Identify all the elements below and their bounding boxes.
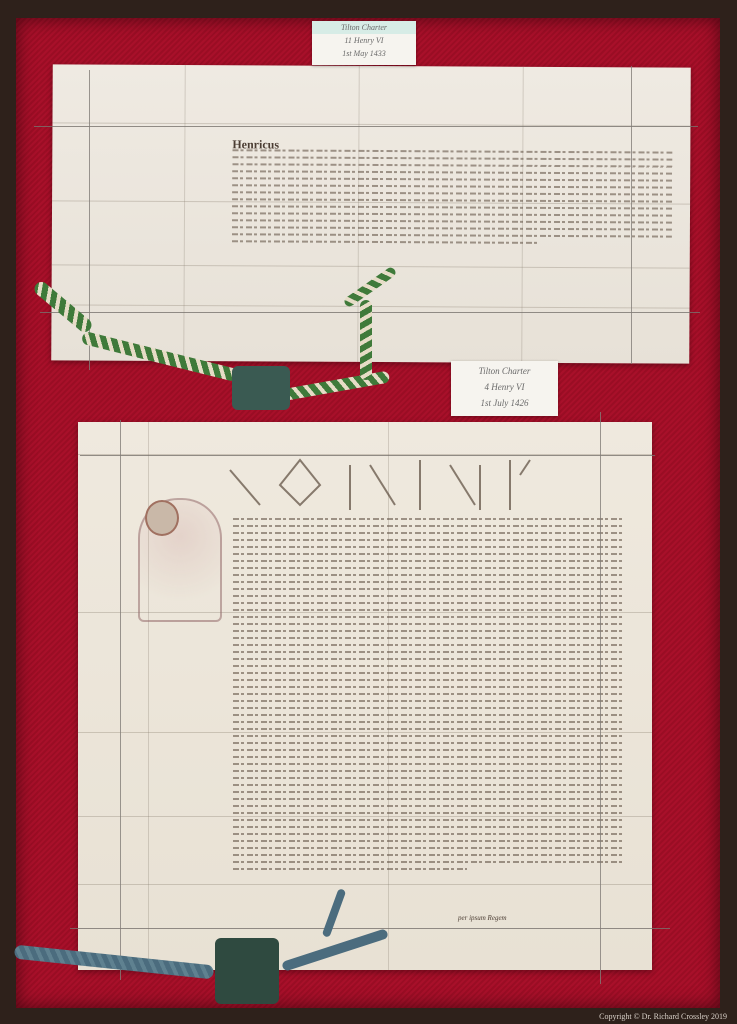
middle-catalogue-label: Tilton Charter 4 Henry VI 1st July 1426 (451, 361, 558, 416)
wooden-frame: Henricus (0, 0, 737, 1024)
fold-line (148, 422, 149, 970)
mounting-wire (120, 420, 121, 980)
wax-seal-fragment (232, 366, 290, 410)
label-date: 1st May 1433 (312, 47, 416, 60)
label-title: Tilton Charter (451, 363, 558, 379)
grotesque-face-decoration (145, 500, 179, 536)
upper-charter-text: Henricus (232, 137, 673, 249)
copyright-notice: Copyright © Dr. Richard Crossley 2019 (599, 1012, 727, 1021)
label-title: Tilton Charter (312, 21, 416, 34)
lower-charter-text (233, 518, 623, 875)
wax-seal (215, 938, 279, 1004)
mounting-wire (631, 66, 632, 364)
top-catalogue-label: Tilton Charter 11 Henry VI 1st May 1433 (312, 21, 416, 65)
calligraphic-heading (220, 455, 540, 515)
mounting-wire (600, 412, 601, 984)
label-reign: 4 Henry VI (451, 379, 558, 395)
mounting-wire (34, 126, 698, 127)
label-reign: 11 Henry VI (312, 34, 416, 47)
fold-line (183, 65, 186, 361)
braided-cord (360, 300, 372, 380)
fold-line (52, 264, 690, 268)
mounting-wire (80, 455, 655, 456)
endorsement-note: per ipsum Regem (458, 914, 507, 922)
fold-line (78, 884, 652, 885)
mounting-wire (70, 928, 670, 929)
label-date: 1st July 1426 (451, 395, 558, 411)
